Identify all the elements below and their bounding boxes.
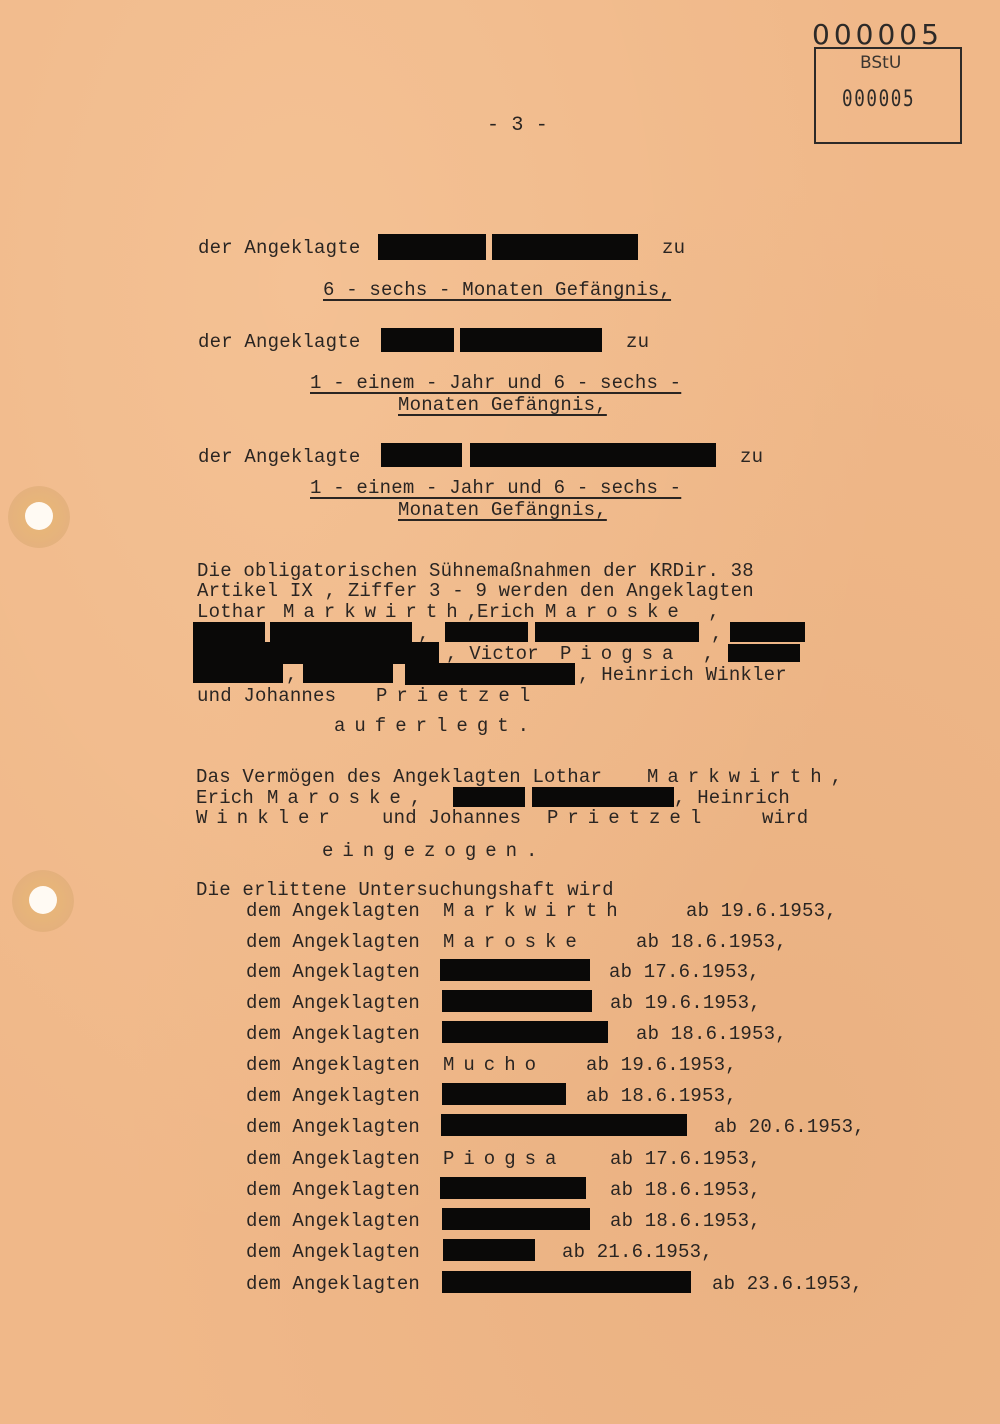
redaction [440, 1177, 586, 1199]
detention-prefix: dem Angeklagten [246, 962, 420, 983]
detention-prefix: dem Angeklagten [246, 1274, 420, 1295]
archive-label: BStU [860, 53, 901, 73]
detention-prefix: dem Angeklagten [246, 1086, 420, 1107]
redaction [442, 1021, 608, 1043]
detention-prefix: dem Angeklagten [246, 1242, 420, 1263]
detention-prefix: dem Angeklagten [246, 1024, 420, 1045]
detention-date: ab 19.6.1953, [686, 901, 837, 922]
redaction [535, 622, 699, 642]
redaction [442, 1208, 590, 1230]
detention-prefix: dem Angeklagten [246, 993, 420, 1014]
paragraph-line: Erich [196, 788, 254, 809]
defendant-name: Maroske, [267, 788, 430, 809]
detention-date: ab 18.6.1953, [586, 1086, 737, 1107]
redaction [730, 622, 805, 642]
redaction [470, 443, 716, 467]
defendant-name: Mucho [443, 1055, 545, 1076]
defendant-name: Markwirth [443, 901, 627, 922]
redaction [460, 328, 602, 352]
sentence-text: 1 - einem - Jahr und 6 - sechs - [310, 373, 681, 394]
document-page: 000005 BStU 000005 - 3 - der Angeklagte … [0, 0, 1000, 1424]
defendant-name: Prietzel [376, 686, 539, 707]
detention-prefix: dem Angeklagten [246, 901, 420, 922]
redaction [378, 234, 486, 260]
detention-prefix: dem Angeklagten [246, 932, 420, 953]
redaction [442, 990, 592, 1012]
punch-hole [12, 870, 74, 932]
paragraph-line: und Johannes [382, 808, 521, 829]
defendant-name: Winkler [196, 808, 339, 829]
redaction [405, 663, 575, 685]
sentence-text: 1 - einem - Jahr und 6 - sechs - [310, 478, 681, 499]
redaction [193, 642, 439, 664]
detention-date: ab 17.6.1953, [609, 962, 760, 983]
redaction [445, 622, 528, 642]
detention-date: ab 21.6.1953, [562, 1242, 713, 1263]
redaction [270, 622, 412, 642]
paragraph-line: Erich [477, 602, 535, 623]
paragraph-line: Lothar [197, 602, 267, 623]
redaction [453, 787, 525, 807]
redaction [441, 1114, 687, 1136]
detention-date: ab 17.6.1953, [610, 1149, 761, 1170]
redaction [532, 787, 674, 807]
sentence-text: Monaten Gefängnis, [398, 395, 607, 416]
defendant-label: der Angeklagte [198, 447, 360, 468]
punctuation: , [286, 665, 298, 686]
redaction [442, 1271, 691, 1293]
defendant-name: Piogsa , [560, 644, 723, 665]
paragraph-line: , Heinrich Winkler [578, 665, 787, 686]
detention-date: ab 18.6.1953, [610, 1180, 761, 1201]
detention-prefix: dem Angeklagten [246, 1149, 420, 1170]
suffix-text: zu [662, 238, 685, 259]
paragraph-line: Die erlittene Untersuchungshaft wird [196, 880, 614, 901]
suffix-text: zu [626, 332, 649, 353]
redaction [440, 959, 590, 981]
defendant-name: Prietzel [547, 808, 710, 829]
redaction [381, 443, 462, 467]
redaction [492, 234, 638, 260]
defendant-label: der Angeklagte [198, 332, 360, 353]
paragraph-line: , Victor [446, 644, 539, 665]
redaction [381, 328, 454, 352]
sentence-text: Monaten Gefängnis, [398, 500, 607, 521]
defendant-label: der Angeklagte [198, 238, 360, 259]
suffix-text: zu [740, 447, 763, 468]
detention-date: ab 18.6.1953, [636, 932, 787, 953]
archive-stamp: BStU 000005 [814, 47, 962, 144]
defendant-name: Markwirth, [647, 767, 851, 788]
punctuation: , [711, 624, 723, 645]
detention-prefix: dem Angeklagten [246, 1211, 420, 1232]
redaction [442, 1083, 566, 1105]
paragraph-line: wird [762, 808, 808, 829]
paragraph-line: Artikel IX , Ziffer 3 - 9 werden den Ang… [197, 581, 754, 602]
defendant-name: Markwirth, [283, 602, 487, 623]
page-number: - 3 - [487, 115, 548, 136]
closing-word: auferlegt. [334, 716, 538, 737]
redaction [193, 622, 265, 642]
paragraph-line: , Heinrich [674, 788, 790, 809]
detention-prefix: dem Angeklagten [246, 1117, 420, 1138]
redaction [303, 663, 393, 683]
detention-date: ab 23.6.1953, [712, 1274, 863, 1295]
sentence-text: 6 - sechs - Monaten Gefängnis, [323, 280, 671, 301]
detention-date: ab 20.6.1953, [714, 1117, 865, 1138]
defendant-name: Piogsa [443, 1149, 565, 1170]
closing-word: eingezogen. [322, 841, 546, 862]
punch-hole [8, 486, 70, 548]
detention-date: ab 19.6.1953, [586, 1055, 737, 1076]
detention-date: ab 18.6.1953, [636, 1024, 787, 1045]
detention-prefix: dem Angeklagten [246, 1055, 420, 1076]
defendant-name: Maroske [443, 932, 586, 953]
paragraph-line: Das Vermögen des Angeklagten Lothar [196, 767, 602, 788]
paragraph-line: und Johannes [197, 686, 336, 707]
paragraph-line: Die obligatorischen Sühnemaßnahmen der K… [197, 561, 754, 582]
defendant-name: Maroske , [545, 602, 729, 623]
redaction [443, 1239, 535, 1261]
detention-date: ab 18.6.1953, [610, 1211, 761, 1232]
detention-prefix: dem Angeklagten [246, 1180, 420, 1201]
detention-date: ab 19.6.1953, [610, 993, 761, 1014]
archive-stamp-number: 000005 [842, 87, 915, 112]
redaction [728, 644, 800, 662]
redaction [193, 663, 283, 683]
